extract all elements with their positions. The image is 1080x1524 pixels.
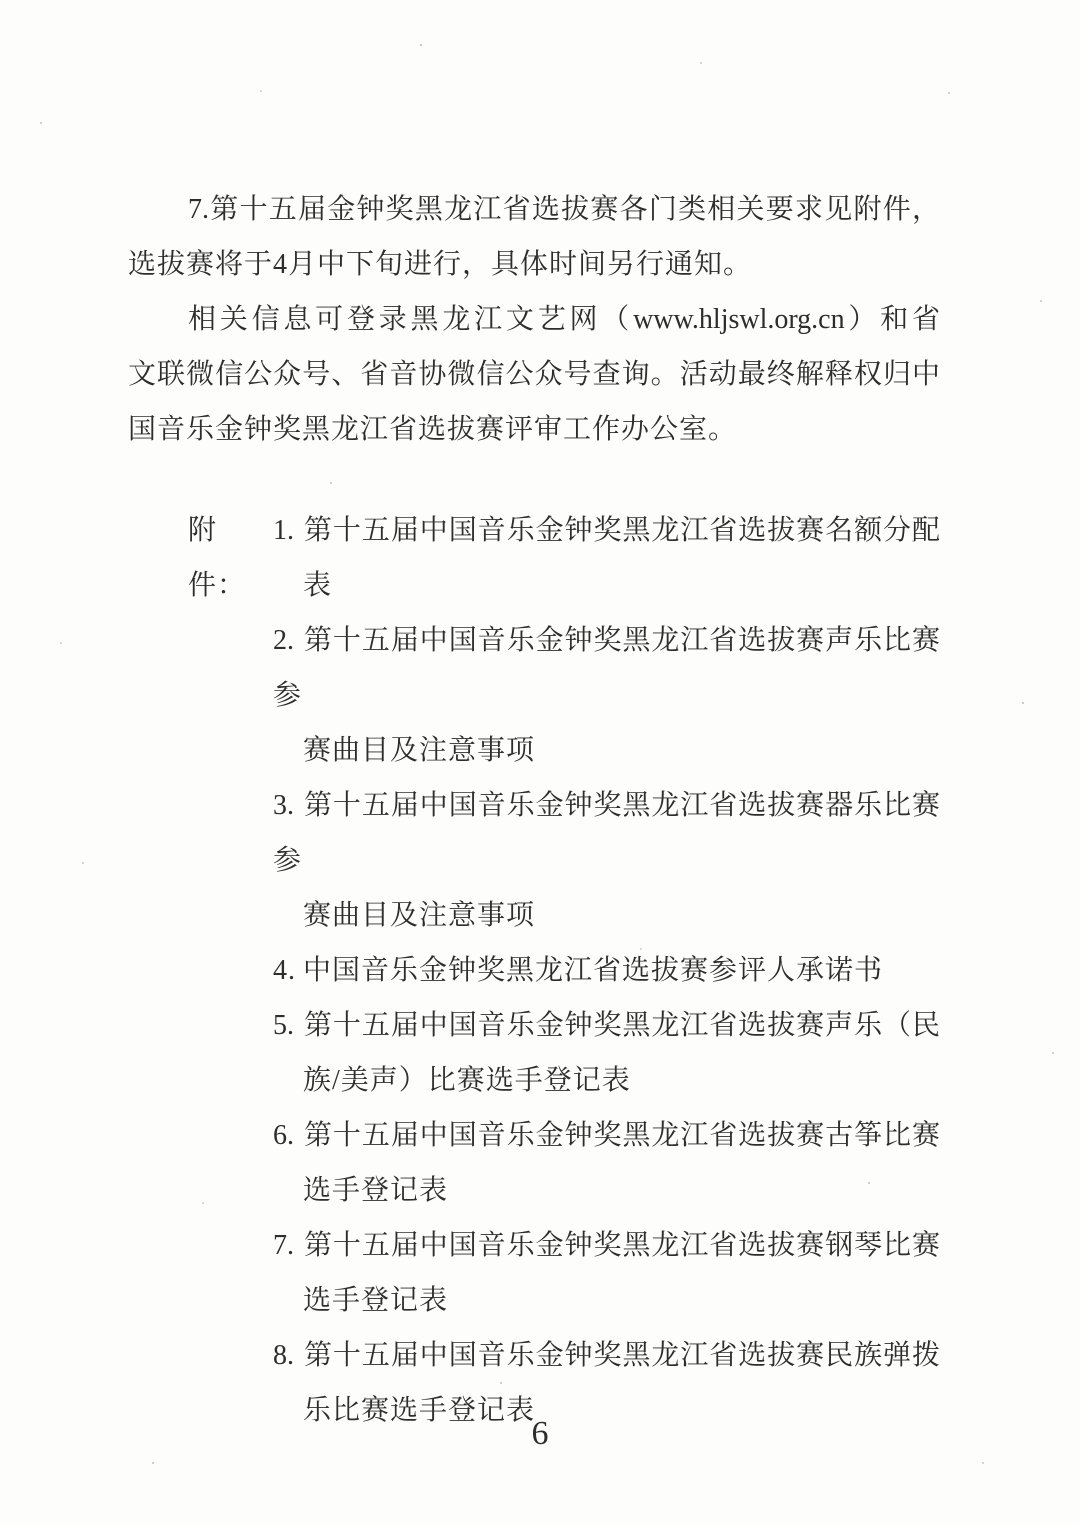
attachment-item-number: 6. bbox=[273, 1108, 303, 1163]
attachment-item-text: 第十五届中国音乐金钟奖黑龙江省选拔赛民族弹拨 bbox=[303, 1340, 940, 1371]
attachment-item-text: 第十五届中国音乐金钟奖黑龙江省选拔赛古筝比赛 bbox=[303, 1120, 940, 1151]
paragraph-line: 国音乐金钟奖黑龙江省选拔赛评审工作办公室。 bbox=[128, 402, 940, 457]
attachment-item: 3.第十五届中国音乐金钟奖黑龙江省选拔赛器乐比赛参 赛曲目及注意事项 bbox=[273, 778, 940, 943]
attachment-item-text: 第十五届中国音乐金钟奖黑龙江省选拔赛钢琴比赛 bbox=[303, 1230, 940, 1261]
attachment-item-number: 5. bbox=[273, 998, 303, 1053]
attachment-item-number: 3. bbox=[273, 778, 303, 833]
attachment-item: 7.第十五届中国音乐金钟奖黑龙江省选拔赛钢琴比赛 选手登记表 bbox=[273, 1218, 940, 1328]
attachment-item: 1.第十五届中国音乐金钟奖黑龙江省选拔赛名额分配 表 bbox=[273, 503, 940, 613]
attachment-item-line: 2.第十五届中国音乐金钟奖黑龙江省选拔赛声乐比赛参 bbox=[273, 613, 940, 723]
attachment-item-number: 1. bbox=[273, 503, 303, 558]
attachment-item: 5.第十五届中国音乐金钟奖黑龙江省选拔赛声乐（民 族/美声）比赛选手登记表 bbox=[273, 998, 940, 1108]
attachments-section: 附件： 1.第十五届中国音乐金钟奖黑龙江省选拔赛名额分配 表 2.第十五届中国音… bbox=[188, 503, 940, 1438]
attachment-item: 6.第十五届中国音乐金钟奖黑龙江省选拔赛古筝比赛 选手登记表 bbox=[273, 1108, 940, 1218]
attachment-item-line: 8.第十五届中国音乐金钟奖黑龙江省选拔赛民族弹拨 bbox=[273, 1328, 940, 1383]
attachment-item-line: 选手登记表 bbox=[273, 1163, 940, 1218]
attachment-item-line: 1.第十五届中国音乐金钟奖黑龙江省选拔赛名额分配 bbox=[273, 503, 940, 558]
attachment-item-line: 6.第十五届中国音乐金钟奖黑龙江省选拔赛古筝比赛 bbox=[273, 1108, 940, 1163]
paragraph-7: 7.第十五届金钟奖黑龙江省选拔赛各门类相关要求见附件， 选拔赛将于4月中下旬进行… bbox=[128, 182, 940, 292]
attachment-item-line: 表 bbox=[273, 558, 940, 613]
page-number: 6 bbox=[0, 1412, 1080, 1456]
attachment-item-text: 第十五届中国音乐金钟奖黑龙江省选拔赛器乐比赛参 bbox=[273, 790, 940, 876]
attachment-item-text: 第十五届中国音乐金钟奖黑龙江省选拔赛声乐（民 bbox=[303, 1010, 940, 1041]
document-page: 7.第十五届金钟奖黑龙江省选拔赛各门类相关要求见附件， 选拔赛将于4月中下旬进行… bbox=[0, 0, 1080, 1524]
attachment-item-text: 第十五届中国音乐金钟奖黑龙江省选拔赛名额分配 bbox=[303, 515, 940, 546]
attachment-item-line: 赛曲目及注意事项 bbox=[273, 888, 940, 943]
attachment-item-number: 2. bbox=[273, 613, 303, 668]
paragraph-info: 相关信息可登录黑龙江文艺网（www.hljswl.org.cn）和省 文联微信公… bbox=[128, 292, 940, 457]
attachment-item-line: 4.中国音乐金钟奖黑龙江省选拔赛参评人承诺书 bbox=[273, 943, 940, 998]
paragraph-line: 7.第十五届金钟奖黑龙江省选拔赛各门类相关要求见附件， bbox=[128, 182, 940, 237]
attachment-item-line: 5.第十五届中国音乐金钟奖黑龙江省选拔赛声乐（民 bbox=[273, 998, 940, 1053]
attachment-item-number: 7. bbox=[273, 1218, 303, 1273]
attachment-item-line: 选手登记表 bbox=[273, 1273, 940, 1328]
attachment-item-line: 3.第十五届中国音乐金钟奖黑龙江省选拔赛器乐比赛参 bbox=[273, 778, 940, 888]
paragraph-line: 文联微信公众号、省音协微信公众号查询。活动最终解释权归中 bbox=[128, 347, 940, 402]
attachment-item: 2.第十五届中国音乐金钟奖黑龙江省选拔赛声乐比赛参 赛曲目及注意事项 bbox=[273, 613, 940, 778]
attachment-item-text: 第十五届中国音乐金钟奖黑龙江省选拔赛声乐比赛参 bbox=[273, 625, 940, 711]
attachment-item-line: 族/美声）比赛选手登记表 bbox=[273, 1053, 940, 1108]
attachments-label: 附件： bbox=[188, 503, 273, 1438]
scan-noise bbox=[0, 0, 2, 2]
attachment-item-text: 中国音乐金钟奖黑龙江省选拔赛参评人承诺书 bbox=[303, 955, 883, 986]
paragraph-line: 相关信息可登录黑龙江文艺网（www.hljswl.org.cn）和省 bbox=[128, 292, 940, 347]
attachment-item: 4.中国音乐金钟奖黑龙江省选拔赛参评人承诺书 bbox=[273, 943, 940, 998]
attachment-item-number: 8. bbox=[273, 1328, 303, 1383]
document-body: 7.第十五届金钟奖黑龙江省选拔赛各门类相关要求见附件， 选拔赛将于4月中下旬进行… bbox=[128, 0, 940, 1438]
attachment-item-line: 7.第十五届中国音乐金钟奖黑龙江省选拔赛钢琴比赛 bbox=[273, 1218, 940, 1273]
attachment-item-number: 4. bbox=[273, 943, 303, 998]
attachments-list: 1.第十五届中国音乐金钟奖黑龙江省选拔赛名额分配 表 2.第十五届中国音乐金钟奖… bbox=[273, 503, 940, 1438]
attachment-item-line: 赛曲目及注意事项 bbox=[273, 723, 940, 778]
paragraph-line: 选拔赛将于4月中下旬进行，具体时间另行通知。 bbox=[128, 237, 940, 292]
